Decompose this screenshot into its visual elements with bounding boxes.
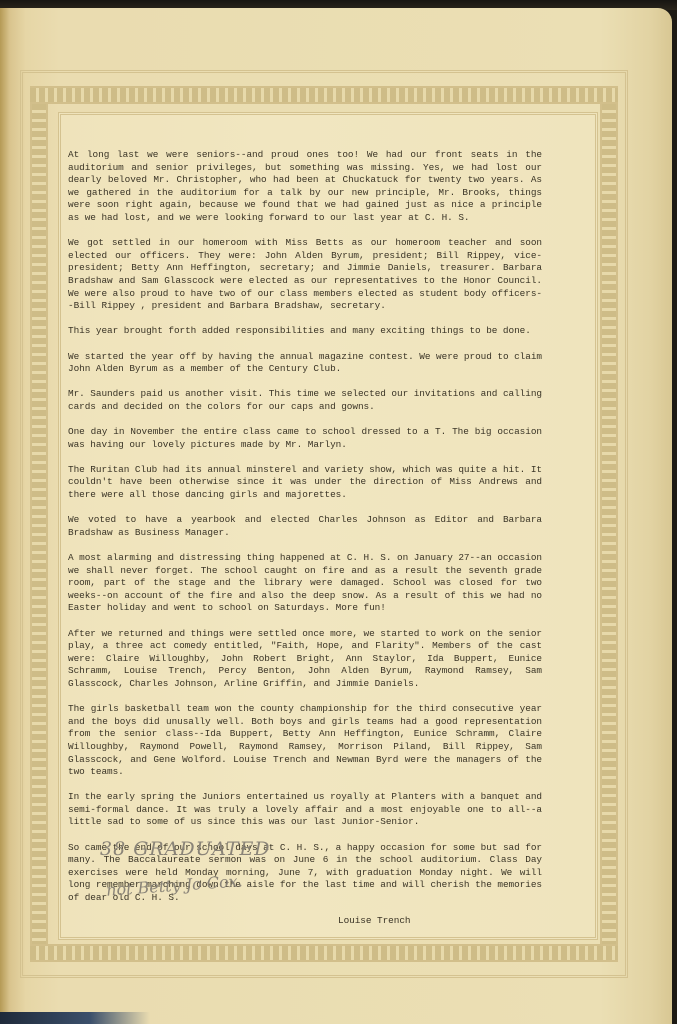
paragraph: A most alarming and distressing thing ha…	[68, 552, 542, 615]
handwritten-note-graduated: 38 GRADUATED	[100, 838, 271, 860]
paragraph: In the early spring the Juniors entertai…	[68, 791, 542, 829]
paragraph: After we returned and things were settle…	[68, 628, 542, 691]
ornamental-band-left	[30, 104, 48, 944]
paragraph: One day in November the entire class cam…	[68, 426, 542, 451]
paragraph: At long last we were seniors--and proud …	[68, 149, 542, 225]
author-signature: Louise Trench	[338, 915, 542, 928]
paragraph: Mr. Saunders paid us another visit. This…	[68, 388, 542, 413]
ornamental-band-bottom	[30, 944, 618, 962]
document-body: At long last we were seniors--and proud …	[68, 149, 542, 928]
paragraph: We started the year off by having the an…	[68, 351, 542, 376]
paragraph: This year brought forth added responsibi…	[68, 325, 542, 338]
scan-edge-shadow	[0, 1012, 150, 1024]
ornamental-band-right	[600, 104, 618, 944]
ornamental-band-top	[30, 86, 618, 104]
paragraph: We voted to have a yearbook and elected …	[68, 514, 542, 539]
paragraph: The girls basketball team won the county…	[68, 703, 542, 779]
paragraph: The Ruritan Club had its annual minstere…	[68, 464, 542, 502]
paragraph: We got settled in our homeroom with Miss…	[68, 237, 542, 313]
